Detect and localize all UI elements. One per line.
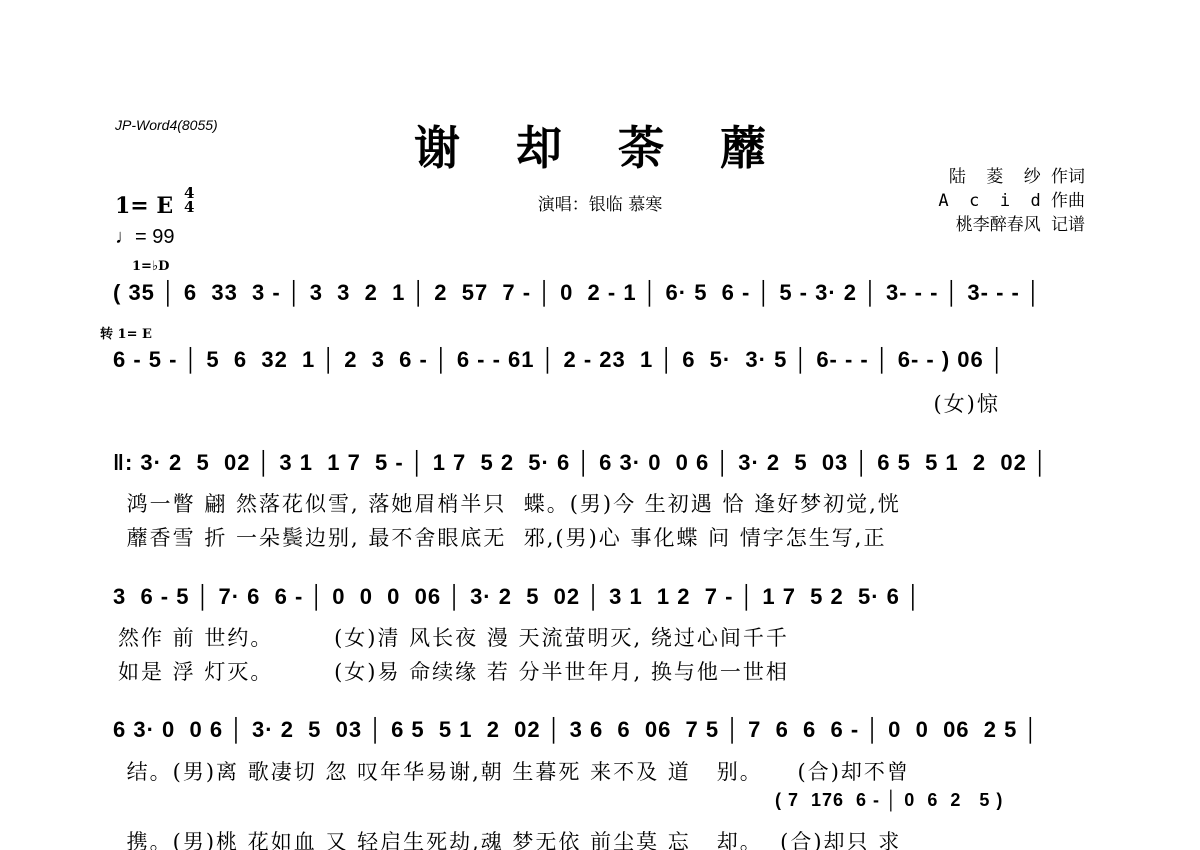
key-signature: 1= E [115,193,173,219]
key-change-1: 1=♭D [132,259,169,274]
notation-line-5: 6 3· 0 0 6 │ 3· 2 5 03 │ 6 5 5 1 2 02 │ … [113,717,1039,743]
notation-line-4: 3 6 - 5 │ 7· 6 6 - │ 0 0 0 06 │ 3· 2 5 0… [113,584,922,610]
interlude-notation: ( 7 176 6 - │ 0 6 2 5 ) [775,790,1003,811]
lyric-line-3b: 蘼香雪 折 一朵鬓边别, 最不舍眼底无 邪,(男)心 事化蝶 问 情字怎生写,正 [118,522,887,552]
composer-credit: A c i d 作曲 [938,189,1085,213]
notation-line-1: ( 35 │ 6 33 3 - │ 3 3 2 1 │ 2 57 7 - │ 0… [113,280,1042,306]
lyric-line-5a: 结。(男)离 歌凄切 忽 叹年华易谢,朝 生暮死 来不及 道 别。 (合)却不曾 [118,756,910,786]
time-signature-bottom: 4 [184,200,194,214]
time-signature: 4 4 [184,186,194,214]
credits-block: 陆 菱 纱 作词 A c i d 作曲 桃李醉春风 记谱 [938,165,1085,237]
lyric-line-4b: 如是 浮 灯灭。 (女)易 命续缘 若 分半世年月, 换与他一世相 [118,656,789,686]
lyric-line-3a: 鸿一瞥 翩 然落花似雪, 落她眉梢半只 蝶。(男)今 生初遇 恰 逢好梦初觉,恍 [118,488,901,518]
transcriber-credit: 桃李醉春风 记谱 [938,213,1085,237]
key-change-2: 转 1= E [100,323,152,342]
tempo-marking: ♩= 99 [115,226,174,249]
lyric-line-4a: 然作 前 世约。 (女)清 风长夜 漫 天流萤明灭, 绕过心间千千 [118,622,789,652]
notation-line-2: 6 - 5 - │ 5 6 32 1 │ 2 3 6 - │ 6 - - 61 … [113,347,1006,373]
lyric-line-2a: (女)惊 [118,388,1000,418]
lyric-line-5b: 携。(男)桃 花如血 又 轻启生死劫,魂 梦无依 前尘莫 忘 却。 (合)却只 … [118,826,901,850]
notation-line-3: ‖: 3· 2 5 02 │ 3 1 1 7 5 - │ 1 7 5 2 5· … [113,450,1049,476]
lyricist-credit: 陆 菱 纱 作词 [938,165,1085,189]
